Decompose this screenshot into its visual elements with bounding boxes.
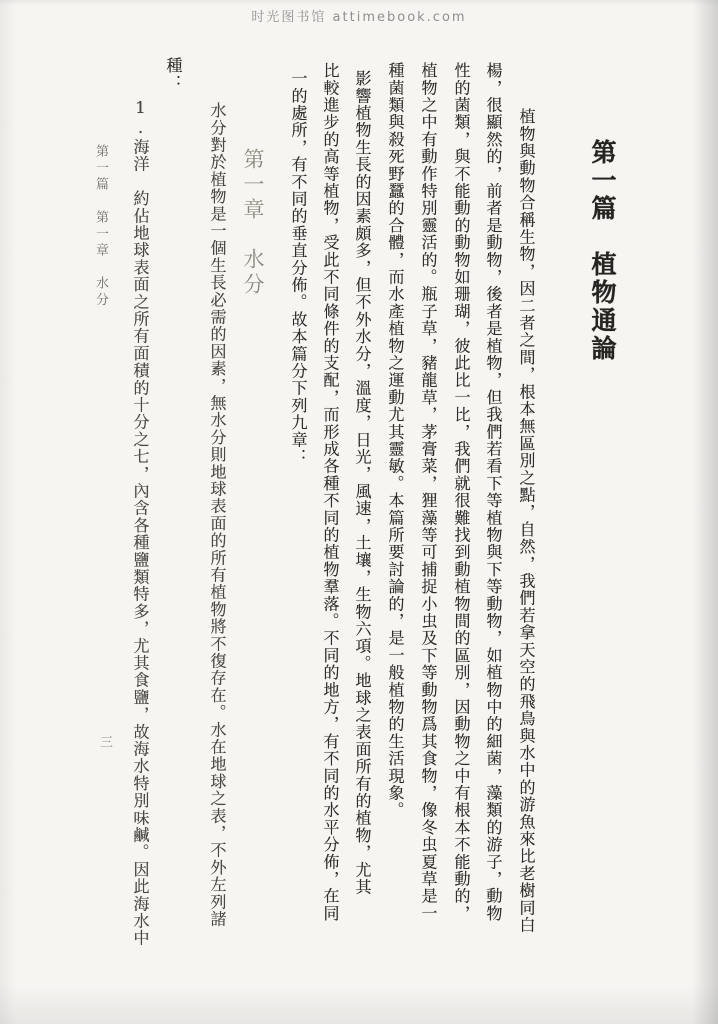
running-title: 第一篇 第一章 水分 (84, 144, 110, 309)
part-title: 第一篇 植物通論 (584, 139, 620, 363)
text-column-3: 性的菌類，與不能動的動物如珊瑚，彼此比一比，我們就很難找到動植物間的區別，因動物… (443, 62, 473, 922)
text-column-7: 比較進步的高等植物，受此不同條件的支配，而形成各種不同的植物羣落。不同的地方，有… (312, 62, 342, 922)
page-number: 三 (88, 735, 114, 748)
text-column-1: 植物與動物合稱生物，因二者之間，根本無區別之點，自然，我們若拿天空的飛鳥與水中的… (508, 108, 538, 934)
scan-edge-shadow-left (0, 0, 16, 1024)
scanned-page: { "watermark": { "text": "时光图书馆 attimebo… (0, 0, 718, 1024)
scan-edge-shadow-bottom (0, 984, 718, 1024)
text-column-4: 植物之中有動作特別靈活的。瓶子草，豬龍草，茅膏菜，狸藻等可捕捉小虫及下等動物爲其… (410, 62, 440, 922)
text-column-2: 楊，很顯然的，前者是動物，後者是植物，但我們若看下等植物與下等動物，如植物中的細… (475, 62, 505, 922)
chapter-heading: 第一章 水分 (234, 148, 268, 298)
text-column-9: 水分對於植物是一個生長必需的因素，無水分則地球表面的所有植物將不復存在。水在地球… (199, 102, 229, 928)
text-column-10: 種： (155, 57, 185, 91)
text-column-5: 種菌類與殺死野蠶的合體，而水產植物之運動尤其靈敏。本篇所要討論的，是一般植物的生… (377, 62, 407, 819)
scan-edge-shadow-right (692, 0, 718, 1024)
library-watermark: 时光图书馆 attimebook.com (251, 6, 466, 25)
text-column-11: 1.海洋 約佔地球表面之所有面積的十分之七，內含各種鹽類特多，尤其食鹽，故海水特… (122, 98, 152, 947)
text-column-8: 一的處所，有不同的垂直分佈。故本篇分下列九章： (280, 70, 310, 466)
text-column-6: 影響植物生長的因素頗多，但不外水分，溫度，日光，風速，土壤，生物六項。地球之表面… (344, 70, 374, 896)
